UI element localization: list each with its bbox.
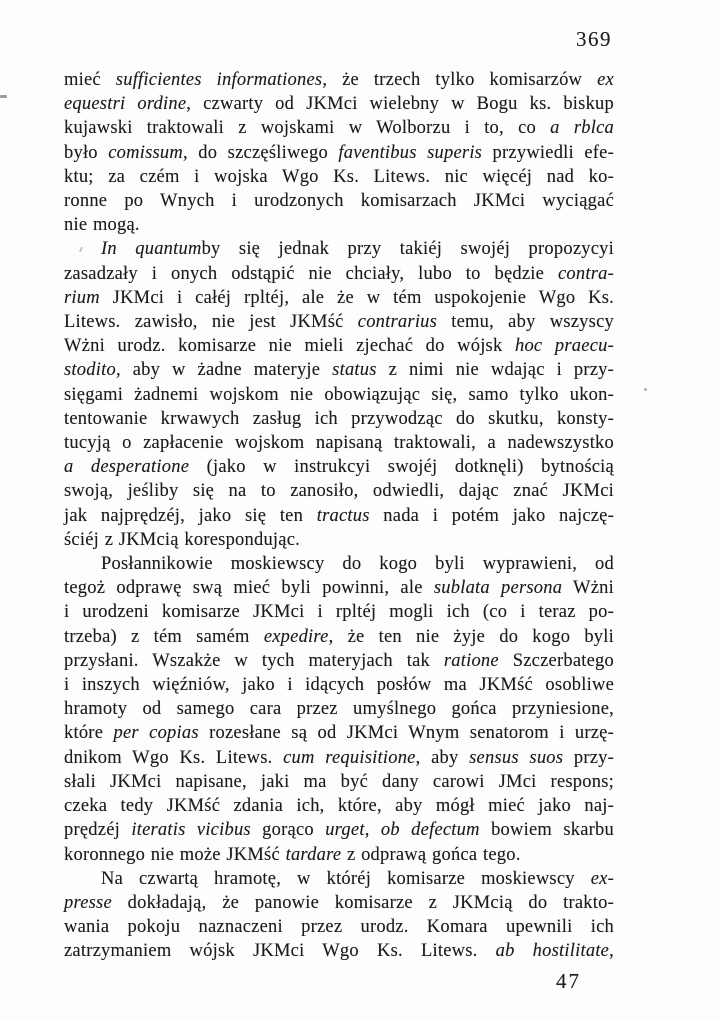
latin-italic-phrase: expedire bbox=[264, 627, 329, 647]
text-segment: nada i potém jako najczę- bbox=[370, 506, 614, 526]
text-segment: trzeba) z tém samém bbox=[64, 627, 264, 647]
paragraph: Posłannikowie moskiewscy do kogo byli wy… bbox=[64, 552, 614, 867]
latin-italic-phrase: presse bbox=[64, 893, 112, 913]
text-segment: hramoty od samego cara przez umyślnego g… bbox=[64, 699, 614, 719]
text-line: tucyją o zapłacenie wojskom napisaną tra… bbox=[64, 431, 614, 455]
text-line: było comissum, do szczęśliwego faventibu… bbox=[64, 141, 614, 165]
text-segment: rozesłane są od JKMci Wnym senatorom i u… bbox=[199, 723, 614, 743]
text-segment: gorąco bbox=[251, 820, 325, 840]
text-segment: z nimi nie wdając i przy- bbox=[377, 360, 614, 380]
latin-italic-phrase: a desperatione bbox=[64, 457, 189, 477]
latin-italic-phrase: contra- bbox=[558, 264, 614, 284]
text-segment: ktu; za czém i wojska Wgo Ks. Litews. ni… bbox=[64, 167, 614, 187]
text-segment: słali JKMci napisane, jaki ma być dany c… bbox=[64, 772, 614, 792]
latin-italic-phrase: rium bbox=[64, 288, 100, 308]
text-segment: dokładają, że panowie komisarze z JKMcią… bbox=[112, 893, 614, 913]
text-line: kujawski traktowali z wojskami w Wolborz… bbox=[64, 116, 614, 140]
text-line: a desperatione (jako w instrukcyi swojéj… bbox=[64, 455, 614, 479]
text-segment: przywiedli efe- bbox=[482, 143, 614, 163]
text-segment: ściéj z JKMcią korespondując. bbox=[64, 530, 300, 550]
text-line: zatrzymaniem wójsk JKMci Wgo Ks. Litews.… bbox=[64, 939, 614, 963]
text-line: rium JKMci i całéj rpltéj, ale że w tém … bbox=[64, 286, 614, 310]
text-segment: Na czwartą hramotę, w któréj komisarze m… bbox=[101, 869, 591, 889]
latin-italic-phrase: ratione bbox=[444, 651, 499, 671]
latin-italic-phrase: ex bbox=[597, 70, 614, 90]
latin-italic-phrase: contrarius bbox=[358, 312, 437, 332]
text-line: tentowanie krwawych zasług ich przywodzą… bbox=[64, 407, 614, 431]
text-segment: zatrzymaniem wójsk JKMci Wgo Ks. Litews. bbox=[64, 941, 496, 961]
text-segment: , aby w żadne materyje bbox=[116, 360, 332, 380]
text-line: zasadzały i onych odstąpić nie chciały, … bbox=[64, 262, 614, 286]
latin-italic-phrase: stodito bbox=[64, 360, 116, 380]
latin-italic-phrase: tractus bbox=[317, 506, 370, 526]
text-segment: wania pokoju naznaczeni przez urodz. Kom… bbox=[64, 917, 614, 937]
text-segment: ronne po Wnych i urodzonych komisarzach … bbox=[64, 191, 614, 211]
text-line: ktu; za czém i wojska Wgo Ks. Litews. ni… bbox=[64, 165, 614, 189]
text-segment: nie mogą. bbox=[64, 215, 140, 235]
text-line: equestri ordine, czwarty od JKMci wieleb… bbox=[64, 92, 614, 116]
text-segment: tegoż odprawę swą mieć byli powinni, ale bbox=[64, 578, 434, 598]
text-segment: i urodzeni komisarze JKMci i rpltéj mogl… bbox=[64, 602, 614, 622]
text-line: jak najprędzéj, jako się ten tractus nad… bbox=[64, 504, 614, 528]
text-segment: tucyją o zapłacenie wojskom napisaną tra… bbox=[64, 433, 614, 453]
latin-italic-phrase: sensus suos bbox=[469, 748, 563, 768]
latin-italic-phrase: per copias bbox=[113, 723, 198, 743]
latin-italic-phrase: ab hostilitate bbox=[496, 941, 610, 961]
text-line: przysłani. Wszakże w tych materyjach tak… bbox=[64, 649, 614, 673]
text-segment: zasadzały i onych odstąpić nie chciały, … bbox=[64, 264, 558, 284]
text-segment: czeka tedy JKMść zdania ich, które, aby … bbox=[64, 796, 614, 816]
latin-italic-phrase: urget bbox=[325, 820, 364, 840]
text-line: Posłannikowie moskiewscy do kogo byli wy… bbox=[64, 552, 614, 576]
latin-italic-phrase: ob defectum bbox=[381, 820, 480, 840]
text-line: czeka tedy JKMść zdania ich, które, aby … bbox=[64, 794, 614, 818]
text-segment: przy- bbox=[563, 748, 614, 768]
signature-number: 47 bbox=[556, 969, 581, 994]
text-line: słali JKMci napisane, jaki ma być dany c… bbox=[64, 770, 614, 794]
text-line: Wżni urodz. komisarze nie mieli zjechać … bbox=[64, 334, 614, 358]
text-line: prędzéj iteratis vicibus gorąco urget, o… bbox=[64, 818, 614, 842]
text-line: wania pokoju naznaczeni przez urodz. Kom… bbox=[64, 915, 614, 939]
page-number: 369 bbox=[576, 27, 612, 52]
text-segment: , bbox=[365, 820, 381, 840]
text-segment: przysłani. Wszakże w tych materyjach tak bbox=[64, 651, 444, 671]
text-segment: , bbox=[609, 941, 614, 961]
latin-italic-phrase: ex- bbox=[591, 869, 614, 889]
text-line: In quantumby się jednak przy takiéj swoj… bbox=[64, 237, 614, 261]
latin-italic-phrase: status bbox=[332, 360, 377, 380]
latin-italic-phrase: equestri ordine bbox=[64, 94, 186, 114]
latin-italic-phrase: In quantum bbox=[101, 239, 202, 259]
text-line: i urodzeni komisarze JKMci i rpltéj mogl… bbox=[64, 600, 614, 624]
latin-italic-phrase: cum requisitione bbox=[283, 748, 416, 768]
text-line: i inszych więźniów, jako i idących posłó… bbox=[64, 673, 614, 697]
text-segment: Wżni urodz. komisarze nie mieli zjechać … bbox=[64, 336, 515, 356]
text-line: nie mogą. bbox=[64, 213, 614, 237]
text-segment: by się jednak przy takiéj swojéj propozy… bbox=[202, 239, 614, 259]
text-line: Na czwartą hramotę, w któréj komisarze m… bbox=[64, 867, 614, 891]
text-segment: , czwarty od JKMci wielebny w Bogu ks. b… bbox=[186, 94, 614, 114]
paragraph: In quantumby się jednak przy takiéj swoj… bbox=[64, 237, 614, 552]
text-line: koronnego nie może JKMść tardare z odpra… bbox=[64, 843, 614, 867]
latin-italic-phrase: hoc praecu- bbox=[515, 336, 614, 356]
text-segment: Szczerbatego bbox=[499, 651, 614, 671]
text-line: dnikom Wgo Ks. Litews. cum requisitione,… bbox=[64, 746, 614, 770]
latin-italic-phrase: tardare bbox=[286, 845, 342, 865]
text-line: presse dokładają, że panowie komisarze z… bbox=[64, 891, 614, 915]
text-segment: z odprawą gońca tego. bbox=[341, 845, 520, 865]
text-block: mieć sufficientes informationes, że trze… bbox=[64, 68, 614, 964]
text-line: mieć sufficientes informationes, że trze… bbox=[64, 68, 614, 92]
text-segment: , że trzech tylko komisarzów bbox=[322, 70, 597, 90]
text-line: ronne po Wnych i urodzonych komisarzach … bbox=[64, 189, 614, 213]
text-line: ściéj z JKMcią korespondując. bbox=[64, 528, 614, 552]
text-line: sięgami żadnemi wojskom nie obowiązując … bbox=[64, 383, 614, 407]
paragraph: mieć sufficientes informationes, że trze… bbox=[64, 68, 614, 237]
text-line: hramoty od samego cara przez umyślnego g… bbox=[64, 697, 614, 721]
scan-artifact-dash bbox=[0, 95, 7, 98]
text-line: tegoż odprawę swą mieć byli powinni, ale… bbox=[64, 576, 614, 600]
text-line: Litews. zawisło, nie jest JKMść contrari… bbox=[64, 310, 614, 334]
text-segment: swoją, jeśliby się na to zanosiło, odwie… bbox=[64, 481, 614, 501]
text-segment: mieć bbox=[64, 70, 116, 90]
text-segment: Wżni bbox=[562, 578, 614, 598]
text-segment: kujawski traktowali z wojskami w Wolborz… bbox=[64, 118, 550, 138]
text-segment: tentowanie krwawych zasług ich przywodzą… bbox=[64, 409, 614, 429]
latin-italic-phrase: comissum bbox=[108, 143, 183, 163]
text-segment: było bbox=[64, 143, 108, 163]
text-segment: , aby bbox=[416, 748, 470, 768]
text-segment: które bbox=[64, 723, 113, 743]
text-segment: prędzéj bbox=[64, 820, 131, 840]
latin-italic-phrase: sufficientes informationes bbox=[116, 70, 323, 90]
text-segment: JKMci i całéj rpltéj, ale że w tém uspok… bbox=[100, 288, 614, 308]
text-segment: sięgami żadnemi wojskom nie obowiązując … bbox=[64, 385, 614, 405]
paragraph: Na czwartą hramotę, w któréj komisarze m… bbox=[64, 867, 614, 964]
text-segment: i inszych więźniów, jako i idących posłó… bbox=[64, 675, 614, 695]
text-segment: , do szczęśliwego bbox=[183, 143, 338, 163]
text-segment: jak najprędzéj, jako się ten bbox=[64, 506, 317, 526]
latin-italic-phrase: a rblca bbox=[550, 118, 614, 138]
text-segment: koronnego nie może JKMść bbox=[64, 845, 286, 865]
scan-artifact-speck bbox=[644, 388, 647, 391]
text-segment: Litews. zawisło, nie jest JKMść bbox=[64, 312, 358, 332]
latin-italic-phrase: faventibus superis bbox=[338, 143, 482, 163]
book-page: 369 mieć sufficientes informationes, że … bbox=[0, 0, 720, 1019]
text-segment: dnikom Wgo Ks. Litews. bbox=[64, 748, 283, 768]
text-segment: Posłannikowie moskiewscy do kogo byli wy… bbox=[101, 554, 614, 574]
text-segment: , że ten nie żyje do kogo byli bbox=[329, 627, 614, 647]
text-line: które per copias rozesłane są od JKMci W… bbox=[64, 721, 614, 745]
text-line: swoją, jeśliby się na to zanosiło, odwie… bbox=[64, 479, 614, 503]
text-line: stodito, aby w żadne materyje status z n… bbox=[64, 358, 614, 382]
text-segment: (jako w instrukcyi swojéj dotknęli) bytn… bbox=[189, 457, 614, 477]
text-line: trzeba) z tém samém expedire, że ten nie… bbox=[64, 625, 614, 649]
text-segment: bowiem skarbu bbox=[480, 820, 614, 840]
latin-italic-phrase: sublata persona bbox=[434, 578, 562, 598]
latin-italic-phrase: iteratis vicibus bbox=[131, 820, 251, 840]
text-segment: temu, aby wszyscy bbox=[437, 312, 614, 332]
